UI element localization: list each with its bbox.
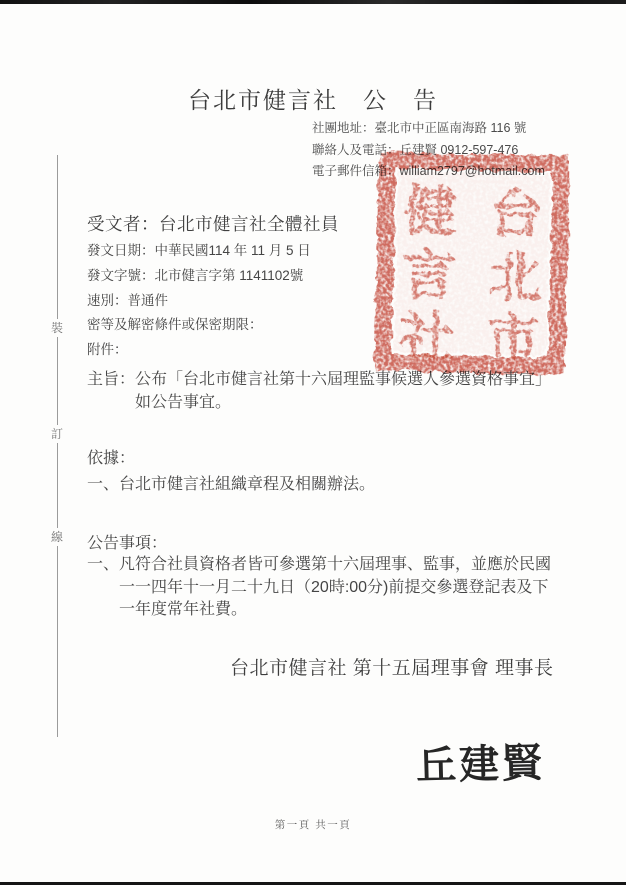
scan-edge-top (0, 0, 626, 4)
seal-char: 健 (403, 181, 458, 242)
speed-class-line: 速別：普通件 (87, 289, 311, 314)
recipient-line: 受文者：台北市健言社全體社員 (87, 211, 339, 236)
binding-line (57, 155, 58, 737)
seal-char: 市 (485, 309, 540, 370)
security-class-line: 密等及解密條件或保密期限： (87, 313, 311, 338)
closing-chairman-line: 台北市健言社 第十五屆理事會 理事長 (230, 653, 554, 680)
official-seal-stamp-icon: 台 北 市 健 言 社 (369, 147, 575, 380)
meta-block: 發文日期：中華民國114 年 11 月 5 日 發文字號：北市健言字第 1141… (87, 239, 311, 363)
subject-line: 如公告事宜。 (135, 392, 551, 415)
binding-mark-xian: 線 (50, 528, 64, 546)
announcement-label: 公告事項： (87, 530, 167, 553)
announcement-item-line: 一年度常年社費。 (119, 599, 551, 622)
issue-date-line: 發文日期：中華民國114 年 11 月 5 日 (87, 239, 311, 264)
attachment-line: 附件： (87, 338, 311, 363)
seal-char: 社 (399, 307, 454, 368)
basis-item: 一、台北市健言社組織章程及相關辦法。 (87, 471, 375, 494)
page-title: 台北市健言社 公 告 (0, 82, 626, 115)
seal-char: 言 (401, 245, 456, 306)
ref-number-line: 發文字號：北市健言字第 1141102號 (87, 264, 311, 289)
chairman-signature: 丘建賢 (415, 731, 545, 791)
announcement-item-number: 一、 (87, 554, 119, 622)
contact-address-line: 社團地址：臺北市中正區南海路 116 號 (312, 118, 545, 140)
subject-label: 主旨： (87, 369, 135, 414)
announcement-item-line: 凡符合社員資格者皆可參選第十六屆理事、監事，並應於民國 (119, 554, 551, 577)
binding-mark-ding: 訂 (50, 425, 64, 443)
announcement-item-line: 一一四年十一月二十九日（20時:00分)前提交參選登記表及下 (119, 577, 551, 600)
page-number-footer: 第一頁 共一頁 (0, 817, 626, 832)
binding-mark-zhuang: 裝 (50, 319, 64, 337)
announcement-item: 一、 凡符合社員資格者皆可參選第十六屆理事、監事，並應於民國 一一四年十一月二十… (87, 554, 551, 622)
scanned-announcement-page: 裝 訂 線 台北市健言社 公 告 社團地址：臺北市中正區南海路 116 號 聯絡… (0, 0, 626, 885)
basis-label: 依據： (87, 445, 135, 468)
announcement-item-text: 凡符合社員資格者皆可參選第十六屆理事、監事，並應於民國 一一四年十一月二十九日（… (119, 554, 551, 622)
seal-char: 台 (488, 183, 543, 244)
seal-char: 北 (487, 247, 542, 308)
